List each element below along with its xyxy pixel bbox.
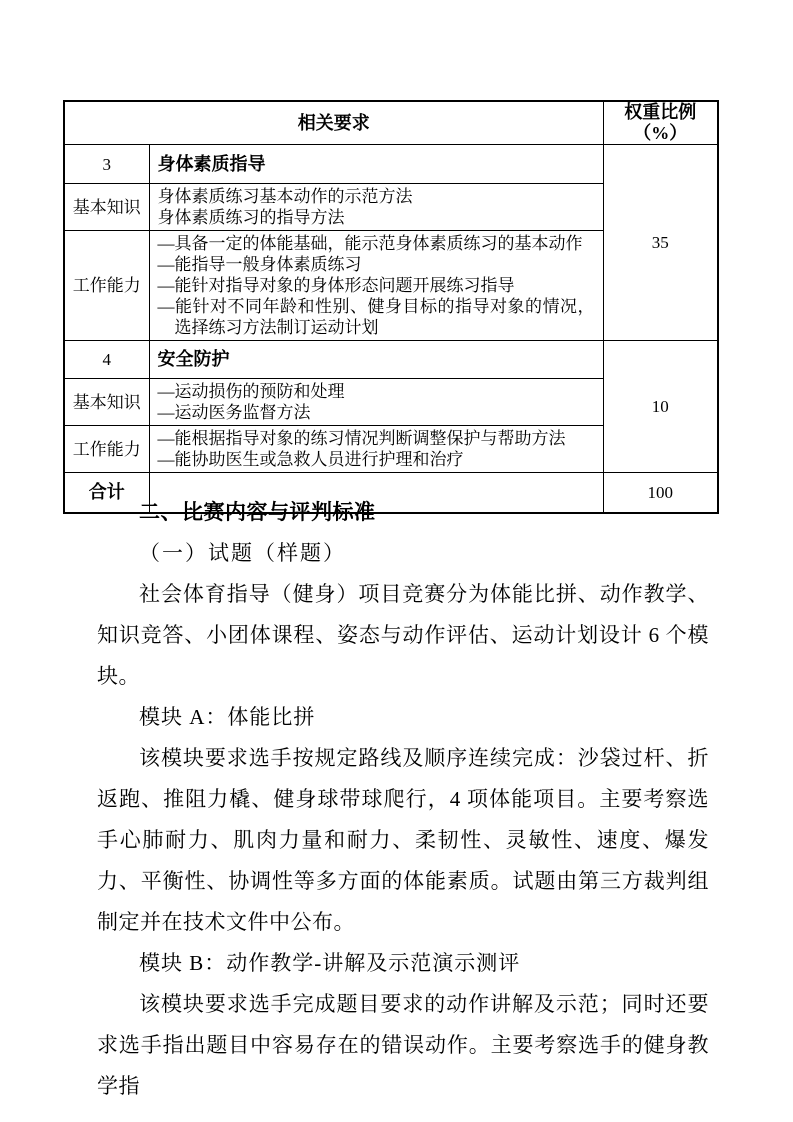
knowledge-item: 身体素质练习的指导方法 bbox=[158, 207, 595, 228]
section4-number: 4 bbox=[64, 341, 149, 379]
knowledge-item: —运动医务监督方法 bbox=[158, 402, 595, 423]
section3-knowledge-items: 身体素质练习基本动作的示范方法 身体素质练习的指导方法 bbox=[149, 184, 603, 231]
section3-title: 身体素质指导 bbox=[149, 145, 603, 184]
table-header-row: 相关要求 权重比例（%） bbox=[64, 101, 718, 145]
table-header-weight: 权重比例（%） bbox=[603, 101, 718, 145]
intro-paragraph: 社会体育指导（健身）项目竞赛分为体能比拼、动作教学、知识竞答、小团体课程、姿态与… bbox=[97, 574, 709, 697]
body-content: 二、比赛内容与评判标准 （一）试题（样题） 社会体育指导（健身）项目竞赛分为体能… bbox=[97, 492, 709, 1107]
module-b-paragraph: 该模块要求选手完成题目要求的动作讲解及示范；同时还要求选手指出题目中容易存在的错… bbox=[97, 984, 709, 1107]
section4-weight: 10 bbox=[603, 341, 718, 473]
table-row-section3-title: 3 身体素质指导 35 bbox=[64, 145, 718, 184]
ability-item: —具备一定的体能基础，能示范身体素质练习的基本动作 bbox=[158, 233, 595, 254]
section4-knowledge-label: 基本知识 bbox=[64, 379, 149, 426]
document-page: 相关要求 权重比例（%） 3 身体素质指导 35 基本知识 身体素质练习基本动作… bbox=[0, 0, 793, 1122]
requirements-table: 相关要求 权重比例（%） 3 身体素质指导 35 基本知识 身体素质练习基本动作… bbox=[63, 100, 719, 514]
ability-item: —能针对不同年龄和性别、健身目标的指导对象的情况，选择练习方法制订运动计划 bbox=[158, 296, 595, 338]
section3-knowledge-label: 基本知识 bbox=[64, 184, 149, 231]
module-a-heading: 模块 A：体能比拼 bbox=[97, 697, 709, 738]
ability-item: —能协助医生或急救人员进行护理和治疗 bbox=[158, 449, 595, 470]
subsection-heading: （一）试题（样题） bbox=[97, 533, 709, 574]
ability-item: —能根据指导对象的练习情况判断调整保护与帮助方法 bbox=[158, 428, 595, 449]
knowledge-item: —运动损伤的预防和处理 bbox=[158, 381, 595, 402]
section4-ability-items: —能根据指导对象的练习情况判断调整保护与帮助方法 —能协助医生或急救人员进行护理… bbox=[149, 426, 603, 473]
section3-weight: 35 bbox=[603, 145, 718, 341]
table-header-requirements: 相关要求 bbox=[64, 101, 603, 145]
section4-title: 安全防护 bbox=[149, 341, 603, 379]
section3-ability-label: 工作能力 bbox=[64, 231, 149, 341]
module-b-heading: 模块 B：动作教学-讲解及示范演示测评 bbox=[97, 943, 709, 984]
section3-ability-items: —具备一定的体能基础，能示范身体素质练习的基本动作 —能指导一般身体素质练习 —… bbox=[149, 231, 603, 341]
ability-item: —能指导一般身体素质练习 bbox=[158, 254, 595, 275]
ability-item: —能针对指导对象的身体形态问题开展练习指导 bbox=[158, 275, 595, 296]
module-a-paragraph: 该模块要求选手按规定路线及顺序连续完成：沙袋过杆、折返跑、推阻力橇、健身球带球爬… bbox=[97, 738, 709, 943]
table-row-section4-title: 4 安全防护 10 bbox=[64, 341, 718, 379]
section3-number: 3 bbox=[64, 145, 149, 184]
section-heading: 二、比赛内容与评判标准 bbox=[97, 492, 709, 533]
section4-ability-label: 工作能力 bbox=[64, 426, 149, 473]
knowledge-item: 身体素质练习基本动作的示范方法 bbox=[158, 186, 595, 207]
section4-knowledge-items: —运动损伤的预防和处理 —运动医务监督方法 bbox=[149, 379, 603, 426]
